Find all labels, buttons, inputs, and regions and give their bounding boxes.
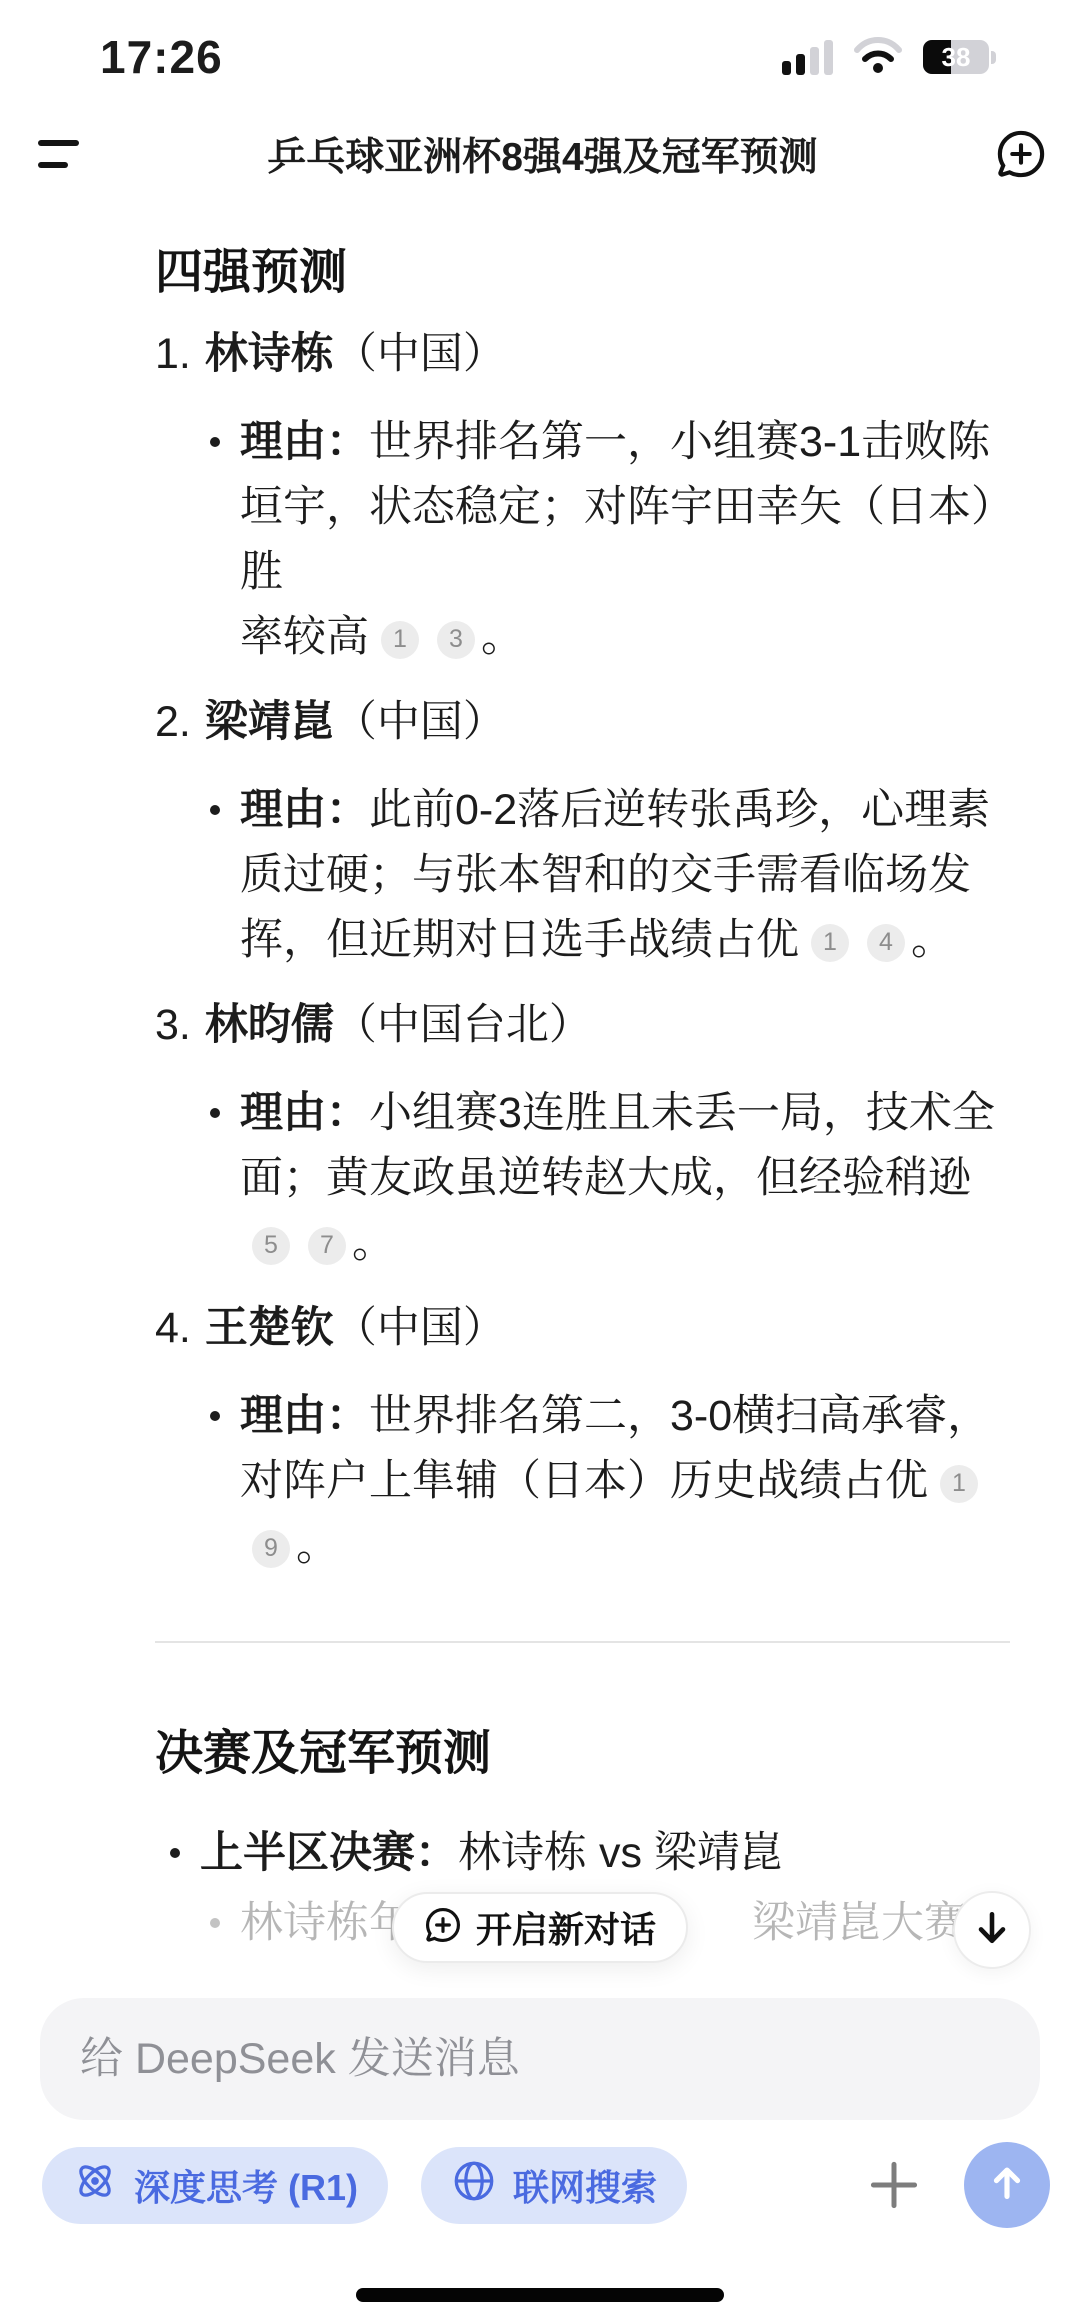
player-title: 3.林昀儒（中国台北）: [155, 995, 1010, 1055]
clock: 17:26: [100, 30, 223, 84]
new-chat-icon[interactable]: [995, 128, 1047, 180]
arrow-down-icon: [970, 1906, 1014, 1955]
citation-badge[interactable]: 1: [811, 924, 849, 962]
web-search-label: 联网搜索: [513, 2160, 657, 2211]
reason-bullet: 理由：此前0-2落后逆转张禹珍，心理素 质过硬；与张本智和的交手需看临场发 挥，…: [210, 778, 1010, 973]
bullet-dot: [210, 1384, 240, 1579]
ranked-player-item-3: 3.林昀儒（中国台北） 理由：小组赛3连胜且未丢一局，技术全 面；黄友政虽逆转赵…: [155, 995, 1010, 1276]
item-number: 2.: [155, 698, 191, 746]
new-chat-floating-button[interactable]: 开启新对话: [392, 1892, 688, 1963]
cellular-signal-icon: [782, 39, 833, 75]
sidebar-menu-icon[interactable]: [38, 140, 82, 168]
player-title: 2.梁靖崑（中国）: [155, 692, 1010, 752]
player-title: 1.林诗栋（中国）: [155, 324, 1010, 384]
player-region: （中国台北）: [334, 1001, 592, 1049]
citation-badge[interactable]: 1: [940, 1465, 978, 1503]
faded-text-left: 林诗栋年: [240, 1893, 412, 1953]
item-number: 3.: [155, 1001, 191, 1049]
battery-percent: 38: [923, 40, 989, 74]
section-divider: [155, 1641, 1010, 1643]
status-bar: 17:26 38: [0, 0, 1080, 104]
reason-bullet: 理由：小组赛3连胜且未丢一局，技术全 面；黄友政虽逆转赵大成，但经验稍逊 57。: [210, 1081, 1010, 1276]
deep-think-toggle[interactable]: 深度思考 (R1): [42, 2147, 388, 2224]
reason-text: 理由：小组赛3连胜且未丢一局，技术全 面；黄友政虽逆转赵大成，但经验稍逊 57。: [240, 1081, 1010, 1276]
globe-icon: [451, 2158, 497, 2213]
message-input-container[interactable]: [40, 1998, 1040, 2120]
composer-panel: 深度思考 (R1) 联网搜索: [0, 1992, 1080, 2311]
player-name: 林诗栋: [205, 330, 334, 378]
bullet-dot: [210, 1893, 240, 1953]
home-indicator[interactable]: [356, 2288, 724, 2302]
atom-icon: [72, 2158, 118, 2213]
citation-badge[interactable]: 4: [867, 924, 905, 962]
bullet-dot: [210, 1081, 240, 1276]
item-number: 4.: [155, 1304, 191, 1352]
section-heading-semifinals: 四强预测: [155, 244, 1010, 302]
new-chat-label: 开启新对话: [476, 1902, 656, 1953]
player-name: 梁靖崑: [205, 698, 334, 746]
bullet-dot: [210, 410, 240, 670]
section-heading-final: 决赛及冠军预测: [155, 1725, 1010, 1783]
send-button[interactable]: [964, 2142, 1050, 2228]
player-name: 林昀儒: [205, 1001, 334, 1049]
ranked-player-item-4: 4.王楚钦（中国） 理由：世界排名第二，3-0横扫高承睿， 对阵户上隼辅（日本）…: [155, 1298, 1010, 1579]
web-search-toggle[interactable]: 联网搜索: [421, 2147, 687, 2224]
reason-text: 理由：世界排名第二，3-0横扫高承睿， 对阵户上隼辅（日本）历史战绩占优19。: [240, 1384, 1010, 1579]
ranked-player-item-2: 2.梁靖崑（中国） 理由：此前0-2落后逆转张禹珍，心理素 质过硬；与张本智和的…: [155, 692, 1010, 973]
citation-badge[interactable]: 5: [252, 1227, 290, 1265]
player-title: 4.王楚钦（中国）: [155, 1298, 1010, 1358]
battery-icon: 38: [923, 40, 996, 74]
chat-header: 乒乓球亚洲杯8强4强及冠军预测: [0, 104, 1080, 204]
scroll-to-bottom-button[interactable]: [953, 1891, 1031, 1969]
player-region: （中国）: [334, 698, 506, 746]
chat-title: 乒乓球亚洲杯8强4强及冠军预测: [168, 126, 917, 182]
player-name: 王楚钦: [205, 1304, 334, 1352]
ranked-player-item-1: 1.林诗栋（中国） 理由：世界排名第一，小组赛3-1击败陈 垣宇，状态稳定；对阵…: [155, 324, 1010, 670]
final-match-bullet: 上半区决赛：林诗栋 vs 梁靖崑: [170, 1823, 1010, 1883]
citation-badge[interactable]: 9: [252, 1530, 290, 1568]
reason-text: 理由：世界排名第一，小组赛3-1击败陈 垣宇，状态稳定；对阵宇田幸矢（日本）胜 …: [240, 410, 1010, 670]
message-input[interactable]: [80, 2035, 1000, 2084]
citation-badge[interactable]: 1: [381, 621, 419, 659]
reason-text: 理由：此前0-2落后逆转张禹珍，心理素 质过硬；与张本智和的交手需看临场发 挥，…: [240, 778, 1010, 973]
arrow-up-icon: [984, 2160, 1030, 2211]
player-region: （中国）: [334, 330, 506, 378]
deep-think-label: 深度思考 (R1): [134, 2160, 358, 2211]
item-number: 1.: [155, 330, 191, 378]
new-chat-bubble-icon: [424, 1906, 462, 1949]
reason-bullet: 理由：世界排名第二，3-0横扫高承睿， 对阵户上隼辅（日本）历史战绩占优19。: [210, 1384, 1010, 1579]
citation-badge[interactable]: 7: [308, 1227, 346, 1265]
bullet-dot: [210, 778, 240, 973]
attach-plus-icon[interactable]: [864, 2155, 924, 2215]
reason-bullet: 理由：世界排名第一，小组赛3-1击败陈 垣宇，状态稳定；对阵宇田幸矢（日本）胜 …: [210, 410, 1010, 670]
player-region: （中国）: [334, 1304, 506, 1352]
wifi-icon: [853, 36, 903, 79]
assistant-message: 四强预测 1.林诗栋（中国） 理由：世界排名第一，小组赛3-1击败陈 垣宇，状态…: [0, 204, 1080, 1953]
citation-badge[interactable]: 3: [437, 621, 475, 659]
bullet-dot: [170, 1823, 200, 1883]
